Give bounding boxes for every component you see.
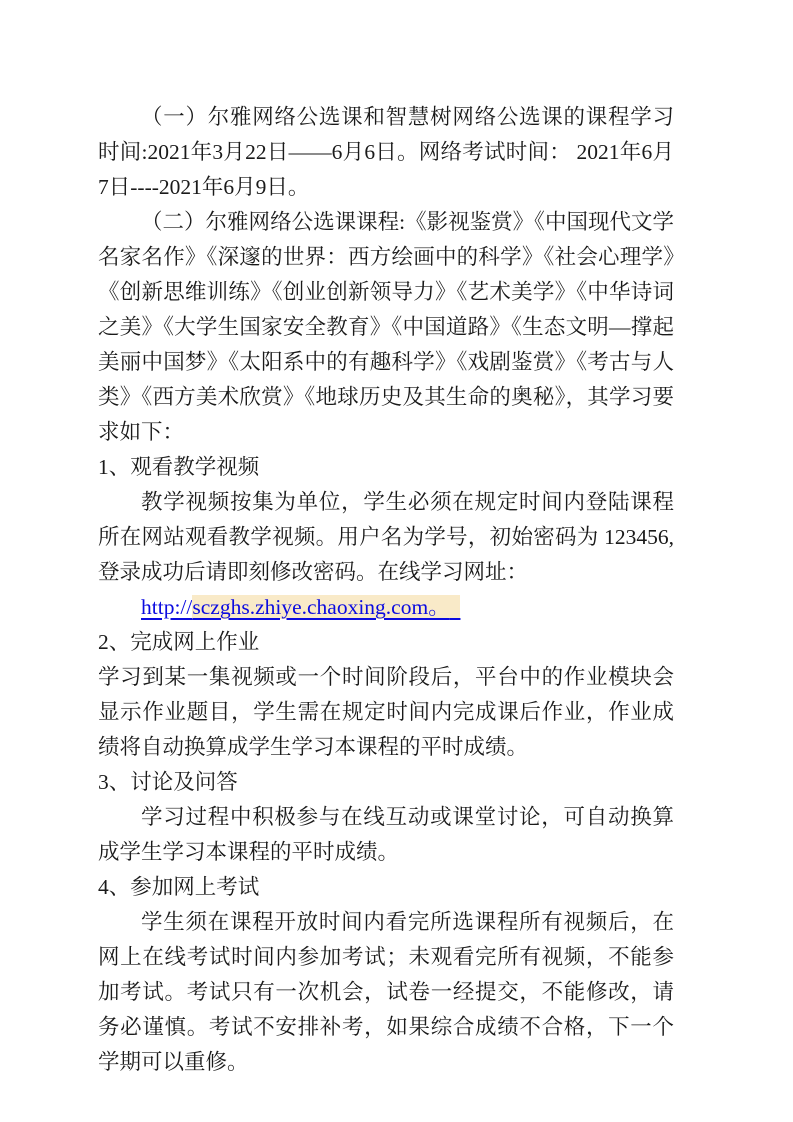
heading-2-homework: 2、完成网上作业 [98, 625, 674, 660]
heading-4-online-exam: 4、参加网上考试 [98, 870, 674, 905]
para-exam-instructions: 学生须在课程开放时间内看完所选课程所有视频后，在网上在线考试时间内参加考试；未观… [98, 905, 674, 1080]
para-section-2-course-list: （二）尔雅网络公选课课程:《影视鉴赏》《中国现代文学名家名作》《深邃的世界：西方… [98, 205, 674, 450]
para-section-1-course-time: （一）尔雅网络公选课和智慧树网络公选课的课程学习时间:2021年3月22日——6… [98, 100, 674, 205]
document-page: （一）尔雅网络公选课和智慧树网络公选课的课程学习时间:2021年3月22日——6… [0, 0, 793, 1122]
document-body: （一）尔雅网络公选课和智慧树网络公选课的课程学习时间:2021年3月22日——6… [98, 100, 674, 1080]
heading-1-watch-videos: 1、观看教学视频 [98, 450, 674, 485]
link-prefix-text: http:// [141, 595, 192, 619]
online-learning-url-line: http://sczghs.zhiye.chaoxing.com。 [98, 590, 674, 625]
heading-3-discussion: 3、讨论及问答 [98, 765, 674, 800]
course-url-link[interactable]: http://sczghs.zhiye.chaoxing.com。 [141, 595, 460, 619]
link-trailing-highlight [450, 595, 461, 619]
para-discussion-instructions: 学习过程中积极参与在线互动或课堂讨论，可自动换算成学生学习本课程的平时成绩。 [98, 800, 674, 870]
para-video-instructions: 教学视频按集为单位，学生必须在规定时间内登陆课程所在网站观看教学视频。用户名为学… [98, 485, 674, 590]
link-highlighted-text: sczghs.zhiye.chaoxing.com。 [192, 595, 449, 619]
para-homework-instructions: 学习到某一集视频或一个时间阶段后，平台中的作业模块会显示作业题目，学生需在规定时… [98, 660, 674, 765]
